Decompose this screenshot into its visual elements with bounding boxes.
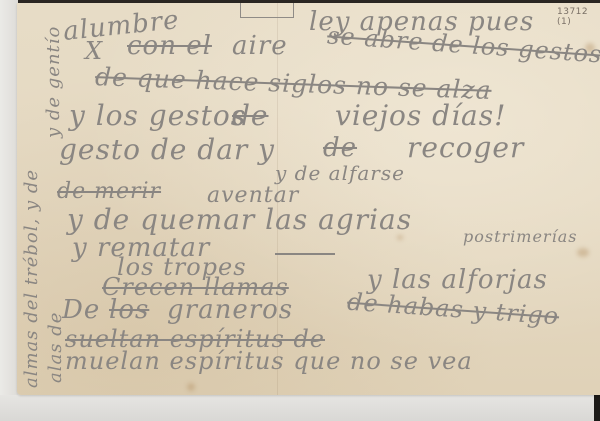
manuscript-line: recoger [407, 131, 524, 164]
manuscript-line-struck: de [323, 133, 357, 163]
manuscript-line: viejos días! [335, 99, 506, 132]
manuscript-line-struck: los [109, 295, 149, 325]
manuscript-line: gesto de dar y [59, 133, 275, 166]
manuscript-line: y los gestos [69, 99, 246, 132]
manuscript-line: graneros [167, 295, 293, 325]
manuscript-line: y de quemar las agrias [67, 203, 412, 236]
paper-stain [577, 248, 589, 257]
scan-background-left [0, 0, 18, 421]
margin-note: almas del trébol, y de [21, 169, 42, 388]
dash-mark [275, 253, 335, 255]
box-drawing-mark [240, 3, 294, 18]
insertion-text: y de alfarse [275, 161, 405, 185]
margin-note: y de gentío [43, 26, 64, 138]
manuscript-line: aire [232, 31, 288, 61]
archive-number: 13712 (1) [557, 7, 600, 27]
manuscript-line-struck: de [232, 99, 269, 132]
insertion-mark: X [85, 37, 103, 65]
manuscript-line: muelan espíritus que no se vea [65, 347, 473, 375]
manuscript-line-struck: con el [127, 31, 212, 61]
paper-stain [187, 383, 195, 391]
manuscript-line-struck: de merir [57, 179, 161, 204]
scan-edge-right [594, 394, 600, 421]
margin-note: alas de [45, 312, 66, 383]
manuscript-line: De [62, 295, 100, 325]
manuscript-page: 13712 (1) alumbre ley apenas pues X con … [17, 3, 600, 395]
scan-background-bottom [0, 395, 600, 421]
insertion-text: postrimerías [463, 227, 577, 246]
